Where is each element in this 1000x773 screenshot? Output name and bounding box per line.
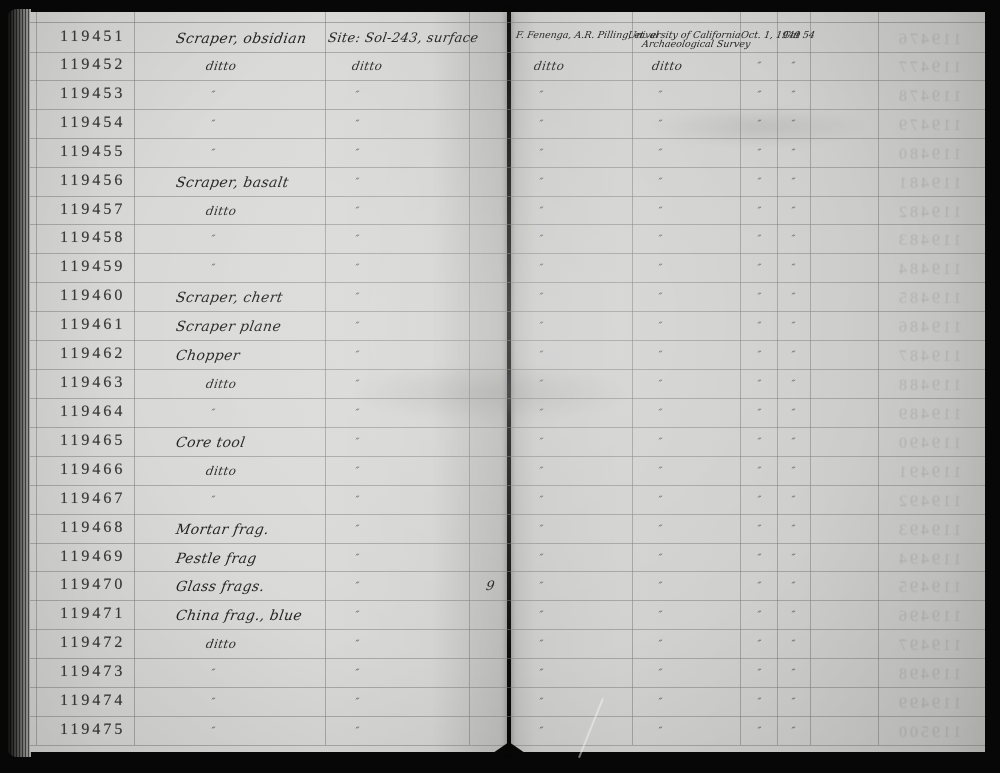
description-cell: Chopper xyxy=(175,348,241,364)
catalog-ref-cell: ″ xyxy=(790,61,795,72)
catalog-number: 119462 xyxy=(60,345,125,363)
institution-cell: ″ xyxy=(657,350,662,361)
description-cell: Scraper, obsidian xyxy=(175,31,308,47)
catalog-number: 119469 xyxy=(60,548,125,566)
catalog-number: 119453 xyxy=(60,85,125,103)
catalog-ref-cell: ″ xyxy=(790,292,795,303)
date-cell: ″ xyxy=(756,119,761,130)
catalog-ref-cell: ″ xyxy=(790,350,795,361)
description-cell: ″ xyxy=(210,263,215,274)
institution-cell-line2: Archaeological Survey xyxy=(641,39,751,50)
collector-cell: ″ xyxy=(538,495,543,506)
ledger-row: 119453″″″″″″119478 xyxy=(30,80,985,110)
date-cell: ″ xyxy=(756,61,761,72)
date-cell: ″ xyxy=(756,148,761,159)
catalog-number: 119466 xyxy=(60,461,125,479)
institution-cell: ″ xyxy=(657,90,662,101)
site-cell: ″ xyxy=(354,263,359,274)
bleedthrough-number: 119483 xyxy=(896,232,961,250)
site-cell: ″ xyxy=(354,495,359,506)
description-cell: ″ xyxy=(210,234,215,245)
site-cell: ″ xyxy=(354,292,359,303)
bleedthrough-number: 119500 xyxy=(896,724,961,742)
site-cell: ″ xyxy=(354,379,359,390)
ledger-row: 119470Glass frags.″″″″″9119495 xyxy=(30,571,985,601)
institution-cell: ″ xyxy=(657,466,662,477)
description-cell: ″ xyxy=(210,697,215,708)
bleedthrough-number: 119486 xyxy=(896,319,961,337)
site-cell: ″ xyxy=(354,90,359,101)
collector-cell: ″ xyxy=(538,119,543,130)
date-cell: ″ xyxy=(756,466,761,477)
institution-cell: ″ xyxy=(657,379,662,390)
description-cell: Scraper, basalt xyxy=(175,175,290,191)
date-cell: ″ xyxy=(756,292,761,303)
institution-cell: ″ xyxy=(657,610,662,621)
site-cell: ″ xyxy=(354,148,359,159)
institution-cell: ″ xyxy=(657,206,662,217)
collector-cell: ″ xyxy=(538,466,543,477)
collector-cell: ″ xyxy=(538,177,543,188)
ledger-row: 119472ditto″″″″″119497 xyxy=(30,629,985,659)
description-cell: ″ xyxy=(210,148,215,159)
ledger-row: 119451Scraper, obsidianSite: Sol-243, su… xyxy=(30,22,985,53)
description-cell: ″ xyxy=(210,119,215,130)
date-cell: ″ xyxy=(756,524,761,535)
date-cell: ″ xyxy=(756,668,761,679)
ledger-row: 119463ditto″″″″″119488 xyxy=(30,369,985,399)
catalog-number: 119468 xyxy=(60,519,125,537)
count-cell: 9 xyxy=(485,579,496,594)
catalog-number: 119465 xyxy=(60,432,125,450)
collector-cell: ″ xyxy=(538,263,543,274)
date-cell: ″ xyxy=(756,726,761,737)
date-cell: ″ xyxy=(756,495,761,506)
ledger-row: 119469Pestle frag″″″″″119494 xyxy=(30,543,985,573)
site-cell: ″ xyxy=(354,437,359,448)
description-cell: ditto xyxy=(205,464,238,478)
catalog-ref-cell: ″ xyxy=(790,581,795,592)
ledger-row: 119471China frag., blue″″″″″119496 xyxy=(30,600,985,630)
collector-cell: ″ xyxy=(538,610,543,621)
site-cell: ″ xyxy=(354,350,359,361)
collector-cell: ″ xyxy=(538,668,543,679)
catalog-number: 119460 xyxy=(60,287,125,305)
description-cell: ″ xyxy=(210,90,215,101)
description-cell: ″ xyxy=(210,668,215,679)
ledger-row: 119457ditto″″″″″119482 xyxy=(30,196,985,226)
collector-cell: ″ xyxy=(538,408,543,419)
ledger-row: 119455″″″″″″119480 xyxy=(30,138,985,168)
catalog-ref-cell: ″ xyxy=(790,206,795,217)
ledger-row: 119474″″″″″″119499 xyxy=(30,687,985,717)
site-cell: ″ xyxy=(354,581,359,592)
date-cell: ″ xyxy=(756,350,761,361)
site-cell: ″ xyxy=(354,206,359,217)
ledger-sheet: 119451Scraper, obsidianSite: Sol-243, su… xyxy=(30,12,985,752)
institution-cell: ″ xyxy=(657,726,662,737)
description-cell: Pestle frag xyxy=(175,551,258,567)
bleedthrough-number: 119482 xyxy=(896,204,961,222)
catalog-number: 119463 xyxy=(60,374,125,392)
catalog-number: 119467 xyxy=(60,490,125,508)
ledger-row: 119466ditto″″″″″119491 xyxy=(30,456,985,486)
institution-cell: ″ xyxy=(657,177,662,188)
ledger-row: 119461Scraper plane″″″″″119486 xyxy=(30,311,985,341)
catalog-ref-cell: ″ xyxy=(790,668,795,679)
catalog-ref-cell: ″ xyxy=(790,610,795,621)
bleedthrough-number: 119480 xyxy=(896,146,961,164)
institution-cell: ″ xyxy=(657,697,662,708)
catalog-ref-cell: ″ xyxy=(790,234,795,245)
description-cell: China frag., blue xyxy=(175,608,304,624)
site-cell: ″ xyxy=(354,119,359,130)
catalog-number: 119451 xyxy=(60,28,125,46)
bleedthrough-number: 119497 xyxy=(896,637,961,655)
bleedthrough-number: 119477 xyxy=(896,59,961,77)
description-cell: ″ xyxy=(210,726,215,737)
catalog-number: 119461 xyxy=(60,316,125,334)
collector-cell: ″ xyxy=(538,379,543,390)
catalog-ref-cell: ″ xyxy=(790,697,795,708)
catalog-ref-cell: ″ xyxy=(790,148,795,159)
ledger-row: 119456Scraper, basalt″″″″″119481 xyxy=(30,167,985,197)
institution-cell: ″ xyxy=(657,148,662,159)
collector-cell: ″ xyxy=(538,234,543,245)
catalog-number: 119457 xyxy=(60,201,125,219)
collector-cell: ″ xyxy=(538,90,543,101)
institution-cell: ″ xyxy=(657,263,662,274)
description-cell: Glass frags. xyxy=(175,579,266,595)
site-cell: ″ xyxy=(354,321,359,332)
catalog-ref-cell: ″ xyxy=(790,495,795,506)
site-cell: ″ xyxy=(354,466,359,477)
ledger-rows: 119451Scraper, obsidianSite: Sol-243, su… xyxy=(30,12,985,752)
institution-cell: ″ xyxy=(657,553,662,564)
collector-cell: ″ xyxy=(538,524,543,535)
date-cell: ″ xyxy=(756,581,761,592)
bleedthrough-number: 119476 xyxy=(896,31,961,49)
site-cell: ditto xyxy=(351,59,384,73)
bleedthrough-number: 119493 xyxy=(896,522,961,540)
ledger-row: 119468Mortar frag.″″″″″119493 xyxy=(30,514,985,544)
description-cell: ditto xyxy=(205,59,238,73)
date-cell: ″ xyxy=(756,639,761,650)
catalog-number: 119454 xyxy=(60,114,125,132)
bleedthrough-number: 119489 xyxy=(896,406,961,424)
description-cell: ditto xyxy=(205,204,238,218)
institution-cell: ″ xyxy=(657,234,662,245)
institution-cell: ″ xyxy=(657,668,662,679)
bleedthrough-number: 119494 xyxy=(896,551,961,569)
date-cell: ″ xyxy=(756,90,761,101)
institution-cell: ″ xyxy=(657,524,662,535)
ledger-row: 119473″″″″″″119498 xyxy=(30,658,985,688)
site-cell: ″ xyxy=(354,553,359,564)
catalog-number: 119455 xyxy=(60,143,125,161)
collector-cell: ″ xyxy=(538,321,543,332)
description-cell: ″ xyxy=(210,408,215,419)
institution-cell: ditto xyxy=(651,59,684,73)
book-page-edges xyxy=(7,9,31,757)
ledger-row: 119454″″″″″″119479 xyxy=(30,109,985,139)
catalog-number: 119474 xyxy=(60,692,125,710)
site-cell: ″ xyxy=(354,524,359,535)
description-cell: Core tool xyxy=(175,435,247,451)
bleedthrough-number: 119488 xyxy=(896,377,961,395)
description-cell: Scraper, chert xyxy=(175,290,284,306)
catalog-number: 119471 xyxy=(60,605,125,623)
ledger-row: 119467″″″″″″119492 xyxy=(30,485,985,515)
ledger-row: 119464″″″″″″119489 xyxy=(30,398,985,428)
date-cell: ″ xyxy=(756,177,761,188)
catalog-ref-cell: ″ xyxy=(790,466,795,477)
catalog-ref-cell: ″ xyxy=(790,524,795,535)
catalog-ref-cell: ″ xyxy=(790,177,795,188)
ledger-row: 119459″″″″″″119484 xyxy=(30,253,985,283)
scanned-ledger-photo: { "ledger": { "rows": [ {"number":"11945… xyxy=(0,0,1000,773)
bleedthrough-number: 119496 xyxy=(896,608,961,626)
bleedthrough-number: 119499 xyxy=(896,695,961,713)
description-cell: Mortar frag. xyxy=(175,522,271,538)
institution-cell: ″ xyxy=(657,292,662,303)
catalog-ref-cell: ″ xyxy=(790,726,795,737)
institution-cell: ″ xyxy=(657,437,662,448)
institution-cell: ″ xyxy=(657,639,662,650)
catalog-number: 119456 xyxy=(60,172,125,190)
institution-cell: ″ xyxy=(657,119,662,130)
collector-cell: ″ xyxy=(538,697,543,708)
catalog-number: 119452 xyxy=(60,56,125,74)
ledger-row: 119458″″″″″″119483 xyxy=(30,224,985,254)
date-cell: ″ xyxy=(756,697,761,708)
catalog-ref-cell: ″ xyxy=(790,639,795,650)
bleedthrough-number: 119490 xyxy=(896,435,961,453)
site-cell: ″ xyxy=(354,668,359,679)
collector-cell: ″ xyxy=(538,292,543,303)
ledger-row: 119465Core tool″″″″″119490 xyxy=(30,427,985,457)
collector-cell: ″ xyxy=(538,726,543,737)
description-cell: ditto xyxy=(205,377,238,391)
date-cell: ″ xyxy=(756,206,761,217)
catalog-ref-cell: ″ xyxy=(790,263,795,274)
description-cell: Scraper plane xyxy=(175,319,283,335)
catalog-ref-cell: ″ xyxy=(790,90,795,101)
catalog-ref-cell: ″ xyxy=(790,321,795,332)
site-cell: ″ xyxy=(354,697,359,708)
catalog-number: 119470 xyxy=(60,576,125,594)
bleedthrough-number: 119495 xyxy=(896,579,961,597)
catalog-number: 119475 xyxy=(60,721,125,739)
ledger-row: 119460Scraper, chert″″″″″119485 xyxy=(30,282,985,312)
site-cell: ″ xyxy=(354,610,359,621)
catalog-number: 119472 xyxy=(60,634,125,652)
collector-cell: ″ xyxy=(538,553,543,564)
date-cell: ″ xyxy=(756,379,761,390)
collector-cell: ″ xyxy=(538,437,543,448)
catalog-ref-cell: ″ xyxy=(790,553,795,564)
date-cell: ″ xyxy=(756,437,761,448)
site-cell: Site: Sol-243, surface xyxy=(327,31,480,46)
site-cell: ″ xyxy=(354,408,359,419)
collector-cell: ″ xyxy=(538,206,543,217)
date-cell: ″ xyxy=(756,553,761,564)
catalog-ref-cell: ″ xyxy=(790,437,795,448)
catalog-number: 119464 xyxy=(60,403,125,421)
bleedthrough-number: 119487 xyxy=(896,348,961,366)
site-cell: ″ xyxy=(354,177,359,188)
site-cell: ″ xyxy=(354,726,359,737)
site-cell: ″ xyxy=(354,639,359,650)
collector-cell: ″ xyxy=(538,581,543,592)
institution-cell: ″ xyxy=(657,581,662,592)
catalog-ref-cell: ″ xyxy=(790,408,795,419)
date-cell: ″ xyxy=(756,263,761,274)
collector-cell: ″ xyxy=(538,148,543,159)
bleedthrough-number: 119492 xyxy=(896,493,961,511)
bleedthrough-number: 119498 xyxy=(896,666,961,684)
date-cell: ″ xyxy=(756,610,761,621)
bleedthrough-number: 119485 xyxy=(896,290,961,308)
catalog-ref-cell: Cat 54 xyxy=(782,30,816,41)
date-cell: ″ xyxy=(756,408,761,419)
bleedthrough-number: 119484 xyxy=(896,261,961,279)
date-cell: ″ xyxy=(756,234,761,245)
catalog-ref-cell: ″ xyxy=(790,379,795,390)
catalog-number: 119473 xyxy=(60,663,125,681)
catalog-ref-cell: ″ xyxy=(790,119,795,130)
description-cell: ″ xyxy=(210,495,215,506)
description-cell: ditto xyxy=(205,637,238,651)
bleedthrough-number: 119491 xyxy=(896,464,961,482)
bleedthrough-number: 119479 xyxy=(896,117,961,135)
date-cell: ″ xyxy=(756,321,761,332)
catalog-number: 119458 xyxy=(60,229,125,247)
collector-cell: ″ xyxy=(538,639,543,650)
bleedthrough-number: 119478 xyxy=(896,88,961,106)
collector-cell: ditto xyxy=(533,59,566,73)
collector-cell: ″ xyxy=(538,350,543,361)
institution-cell: ″ xyxy=(657,495,662,506)
institution-cell: ″ xyxy=(657,408,662,419)
institution-cell: ″ xyxy=(657,321,662,332)
catalog-number: 119459 xyxy=(60,258,125,276)
bleedthrough-number: 119481 xyxy=(896,175,961,193)
ledger-row: 119462Chopper″″″″″119487 xyxy=(30,340,985,370)
site-cell: ″ xyxy=(354,234,359,245)
ledger-row: 119452dittodittodittoditto″″119477 xyxy=(30,51,985,81)
page-fold-notch xyxy=(493,742,525,753)
